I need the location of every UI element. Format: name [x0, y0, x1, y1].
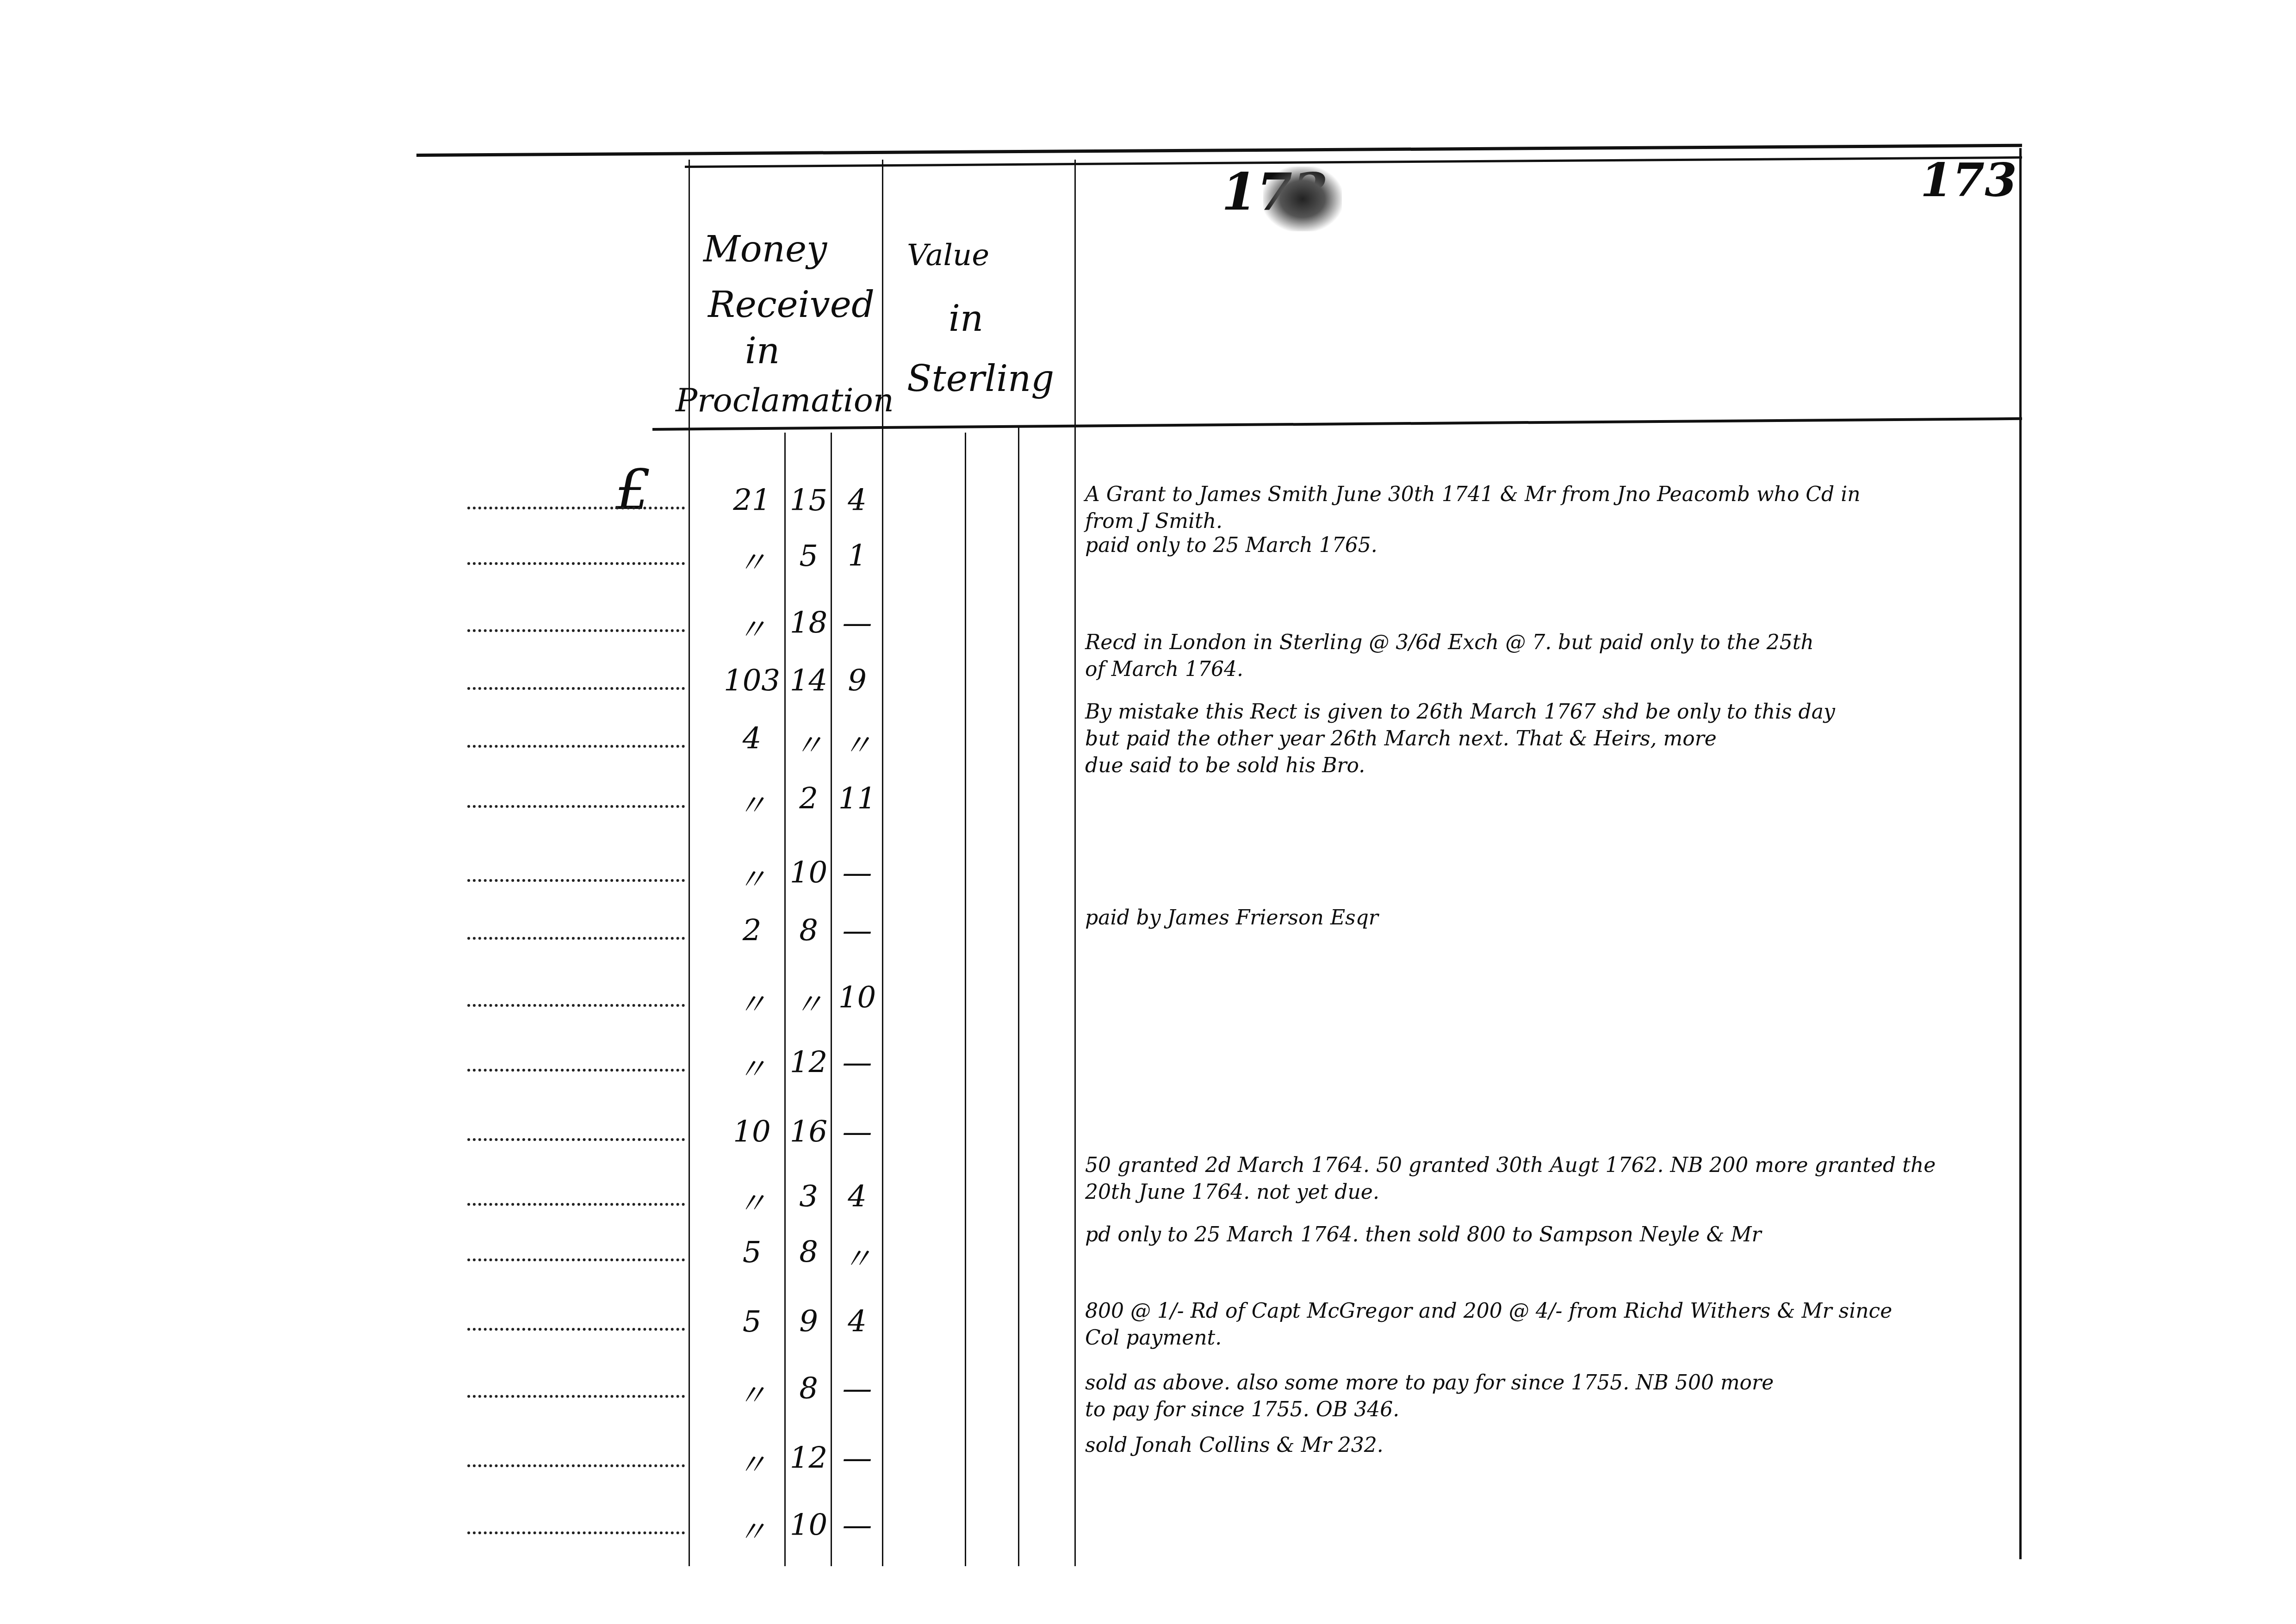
leader-dots [467, 562, 685, 565]
col-line-left [689, 160, 690, 1566]
col-line-value-notes [1074, 160, 1076, 1566]
col-line-right-edge [2019, 148, 2022, 1559]
pence-cell: 11 [833, 782, 881, 816]
ink-smudge [1263, 167, 1342, 231]
shillings-cell: 10 [787, 1508, 831, 1543]
pence-cell: — [833, 1115, 881, 1149]
shillings-cell: 8 [787, 1372, 831, 1406]
pence-cell: 4 [833, 1180, 881, 1214]
remark-note: 800 @ 1/- Rd of Capt McGregor and 200 @ … [1085, 1298, 1892, 1351]
pence-cell: — [833, 1441, 881, 1475]
leader-dots [467, 879, 685, 882]
col-line-money-value [882, 160, 883, 1566]
pounds-cell: 5 [722, 1235, 782, 1270]
header-word: Received [708, 287, 875, 323]
pounds-cell: 4 [722, 722, 782, 756]
pence-cell: 10 [833, 981, 881, 1015]
leader-dots [467, 1069, 685, 1072]
header-word: Money [703, 231, 827, 267]
remark-note: sold Jonah Collins & Mr 232. [1085, 1432, 1384, 1459]
header-word: Proclamation [676, 384, 894, 416]
pounds-cell: 〃 [722, 1508, 782, 1551]
pence-cell: — [833, 914, 881, 948]
leader-dots [467, 1258, 685, 1261]
shillings-cell: 〃 [787, 981, 831, 1023]
shillings-cell: 〃 [787, 722, 831, 764]
remark-note: sold as above. also some more to pay for… [1085, 1370, 1774, 1423]
pounds-cell: 5 [722, 1305, 782, 1339]
pounds-cell: 〃 [722, 606, 782, 649]
leader-dots [467, 629, 685, 632]
col-line-shillings-pence [831, 433, 832, 1566]
pence-cell: — [833, 1508, 881, 1543]
pence-cell: 〃 [833, 1235, 881, 1278]
pound-sign-icon: £ [615, 458, 651, 522]
col-line-pounds-shillings [784, 433, 786, 1566]
header-word: Value [907, 241, 989, 270]
leader-dots [467, 745, 685, 748]
pounds-cell: 〃 [722, 1180, 782, 1222]
shillings-cell: 14 [787, 664, 831, 698]
leader-dots [467, 1328, 685, 1331]
header-word: in [745, 333, 780, 369]
leader-dots [467, 687, 685, 690]
shillings-cell: 12 [787, 1046, 831, 1080]
top-rule-inner [685, 156, 2022, 168]
shillings-cell: 5 [787, 539, 831, 573]
pounds-cell: 〃 [722, 1372, 782, 1414]
pounds-cell: 〃 [722, 782, 782, 824]
shillings-cell: 9 [787, 1305, 831, 1339]
shillings-cell: 12 [787, 1441, 831, 1475]
header-word: Sterling [907, 361, 1054, 397]
pounds-cell: 〃 [722, 856, 782, 899]
remark-note: A Grant to James Smith June 30th 1741 & … [1085, 481, 1861, 535]
leader-dots [467, 937, 685, 940]
leader-dots [467, 507, 685, 509]
col-line-sterling-1 [965, 433, 966, 1566]
pounds-cell: 21 [722, 483, 782, 518]
shillings-cell: 10 [787, 856, 831, 890]
pence-cell: 9 [833, 664, 881, 698]
top-rule-outer [416, 144, 2022, 157]
shillings-cell: 8 [787, 914, 831, 948]
pounds-cell: 10 [722, 1115, 782, 1149]
pence-cell: — [833, 606, 881, 640]
shillings-cell: 16 [787, 1115, 831, 1149]
leader-dots [467, 1464, 685, 1467]
remark-note: paid by James Frierson Esqr [1085, 905, 1378, 931]
pence-cell: 4 [833, 1305, 881, 1339]
remark-note: pd only to 25 March 1764. then sold 800 … [1085, 1221, 1762, 1248]
pounds-cell: 103 [722, 664, 782, 698]
pounds-cell: 〃 [722, 1046, 782, 1088]
shillings-cell: 8 [787, 1235, 831, 1270]
pence-cell: — [833, 856, 881, 890]
leader-dots [467, 1531, 685, 1534]
remark-note: 50 granted 2d March 1764. 50 granted 30t… [1085, 1152, 1936, 1206]
leader-dots [467, 1138, 685, 1141]
shillings-cell: 15 [787, 483, 831, 518]
shillings-cell: 2 [787, 782, 831, 816]
leader-dots [467, 1395, 685, 1398]
pounds-cell: 〃 [722, 539, 782, 582]
pounds-cell: 〃 [722, 981, 782, 1023]
pounds-cell: 〃 [722, 1441, 782, 1484]
header-word: in [949, 301, 983, 337]
remark-note: paid only to 25 March 1765. [1085, 532, 1378, 559]
pence-cell: 4 [833, 483, 881, 518]
remark-note: Recd in London in Sterling @ 3/6d Exch @… [1085, 629, 1814, 683]
shillings-cell: 18 [787, 606, 831, 640]
pence-cell: 1 [833, 539, 881, 573]
remark-note: By mistake this Rect is given to 26th Ma… [1085, 699, 1835, 779]
folio-number: 173 [1920, 153, 2017, 207]
pence-cell: — [833, 1046, 881, 1080]
pence-cell: 〃 [833, 722, 881, 764]
ledger-page: 173 173 Money Received in Proclamation V… [0, 0, 2296, 1624]
shillings-cell: 3 [787, 1180, 831, 1214]
col-line-sterling-2 [1018, 426, 1019, 1566]
leader-dots [467, 1004, 685, 1007]
header-bottom-rule [652, 417, 2022, 431]
pence-cell: — [833, 1372, 881, 1406]
leader-dots [467, 805, 685, 808]
leader-dots [467, 1203, 685, 1206]
pounds-cell: 2 [722, 914, 782, 948]
